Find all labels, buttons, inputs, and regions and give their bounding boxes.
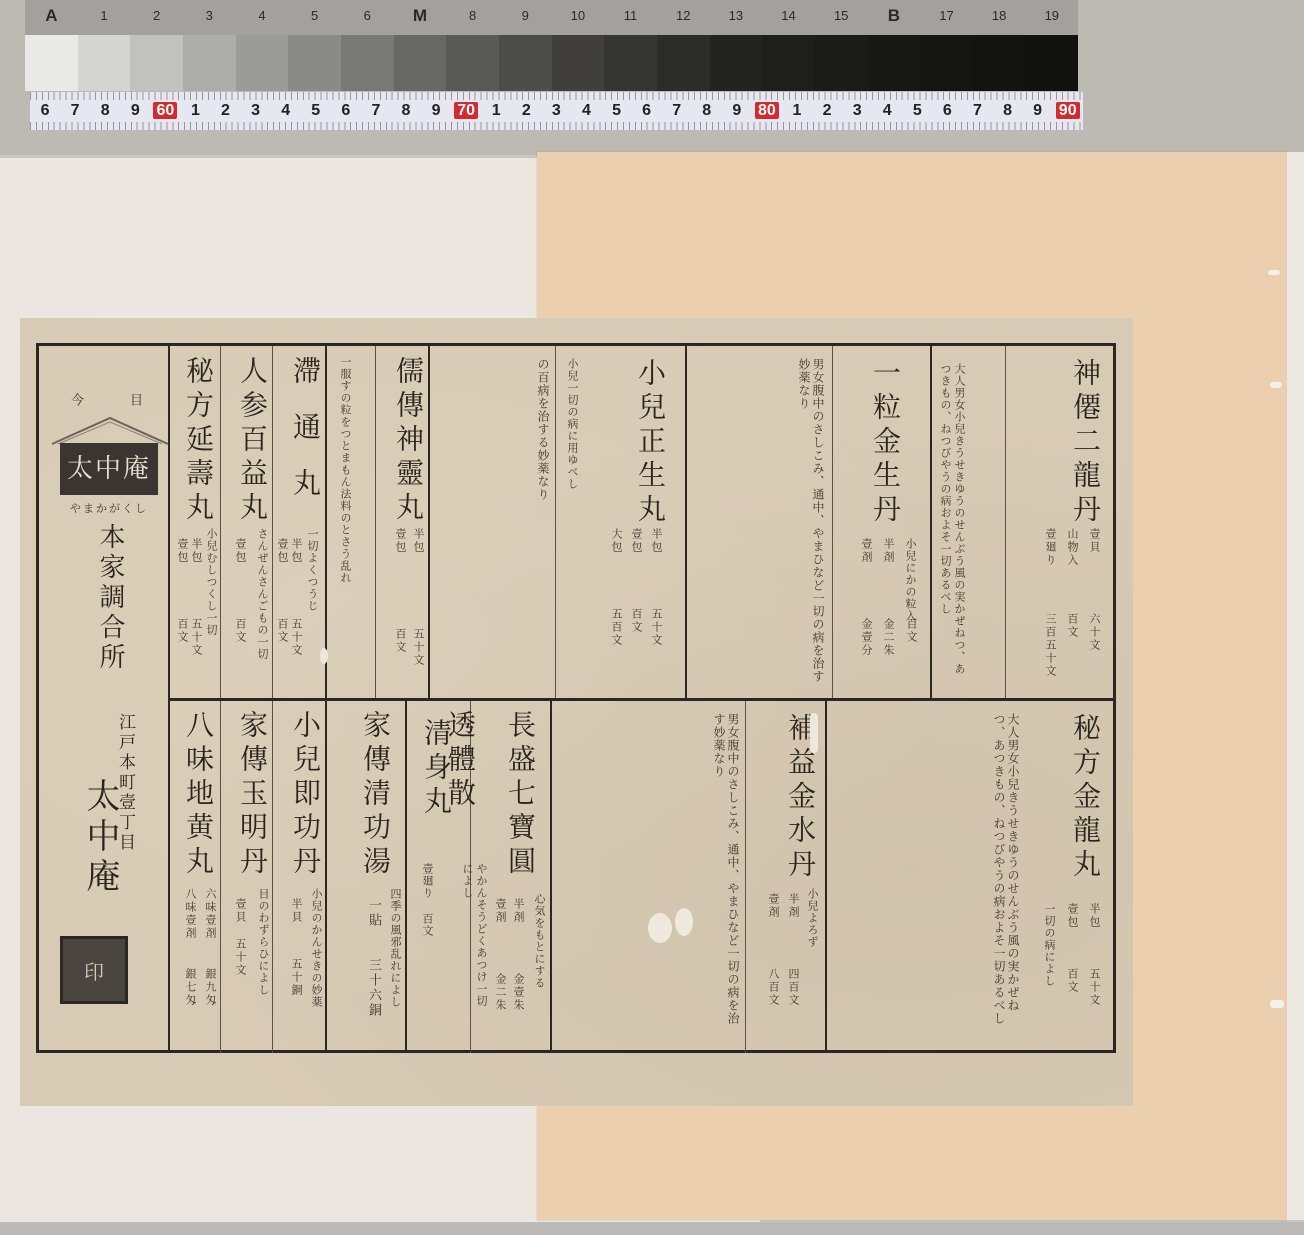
product-price: 金二朱	[880, 618, 896, 657]
header-panel-divider	[168, 343, 170, 1053]
product-price: 三百五十文	[1042, 613, 1058, 678]
gray-label: 3	[183, 0, 236, 35]
product-size: 半剤	[880, 538, 896, 564]
product-size: 壹貝	[1086, 528, 1102, 554]
product-size: 半包	[188, 538, 204, 564]
product-size: 壹剤	[492, 898, 508, 924]
product-description: 大人男女小兒きうせきゆうのせんぶう風の実かぜねつ、あつきもの、ねつびやうの病およ…	[840, 713, 1020, 1033]
product-title: 家傳玉明丹	[232, 710, 272, 880]
ruler-number: 9	[421, 100, 451, 122]
gray-label: 18	[973, 0, 1026, 35]
paper-damage	[810, 713, 818, 753]
gray-patch	[183, 35, 236, 91]
product-description: 一服すの粒をつとまもん法料のとさう乱れ	[338, 356, 352, 676]
column-divider	[930, 346, 932, 698]
gray-label: 17	[920, 0, 973, 35]
product-price: 八百文	[765, 968, 781, 1007]
gray-label: 1	[78, 0, 131, 35]
product-size: 六味壹剤	[202, 888, 218, 940]
column-divider	[550, 701, 552, 1053]
corner-mark-right: 目	[127, 393, 141, 407]
gray-patch	[499, 35, 552, 91]
gray-patch	[1025, 35, 1078, 91]
product-price: 三十六銅	[364, 958, 383, 1018]
column-divider	[555, 346, 556, 698]
product-price: 五十文	[288, 618, 304, 657]
ruler-number: 5	[601, 100, 631, 122]
product-title: 神僊二龍丹	[1065, 358, 1105, 528]
product-price: 百文	[174, 618, 190, 644]
ruler-number: 3	[541, 100, 571, 122]
ruler-number: 8	[692, 100, 722, 122]
ruler-number: 2	[210, 100, 240, 122]
product-price: 金壹朱	[510, 973, 526, 1012]
product-title: 小兒正生丸	[630, 358, 670, 528]
product-price: 五十文	[1086, 968, 1102, 1007]
ruler-number: 7	[962, 100, 992, 122]
gray-patch	[288, 35, 341, 91]
shop-sign: 太中庵	[60, 443, 158, 495]
ruler-number: 6	[331, 100, 361, 122]
product-price: 五十銅	[288, 958, 304, 997]
product-size: 一貼	[364, 898, 383, 928]
ruler-number: 4	[271, 100, 301, 122]
gray-label: 8	[446, 0, 499, 35]
gray-patch	[815, 35, 868, 91]
product-description: 一切よくつうじ	[305, 528, 319, 612]
product-size: 壹包	[174, 538, 190, 564]
product-size: 半包	[648, 528, 664, 554]
ruler-number: 70	[451, 100, 481, 122]
gray-label: 10	[552, 0, 605, 35]
product-title: 秘方金龍丸	[1065, 713, 1105, 883]
product-description: 小兒一切の病に用ゆべし	[565, 358, 579, 688]
gray-patch	[920, 35, 973, 91]
product-price: 金壹分	[858, 618, 874, 657]
product-price: 五十文	[648, 608, 664, 647]
product-description: 心気をもとにする	[532, 893, 546, 989]
measuring-ruler: 678960123456789701234567898012345678990	[30, 91, 1083, 130]
product-size: 壹剤	[858, 538, 874, 564]
column-divider	[325, 701, 327, 1053]
ruler-number: 4	[872, 100, 902, 122]
ruler-number: 7	[662, 100, 692, 122]
product-size: 壹剤	[765, 893, 781, 919]
product-price: 銀七匁	[182, 968, 198, 1007]
gray-label: 9	[499, 0, 552, 35]
product-title: 家傳清功湯	[355, 710, 395, 880]
ruler-ticks	[30, 92, 1083, 100]
ruler-number: 5	[301, 100, 331, 122]
gray-label: 19	[1025, 0, 1078, 35]
gray-patch	[710, 35, 763, 91]
product-size: 半剤	[510, 898, 526, 924]
ruler-number: 2	[812, 100, 842, 122]
ruler-number: 1	[782, 100, 812, 122]
scanner-background-bottom	[0, 1222, 1304, 1235]
product-price: 五十文	[232, 938, 248, 977]
product-price: 百文	[392, 628, 408, 654]
column-divider	[405, 701, 407, 1053]
product-price: 百文	[274, 618, 290, 644]
gray-label: 11	[604, 0, 657, 35]
ruler-number: 6	[632, 100, 662, 122]
column-divider	[325, 346, 327, 698]
product-price: 六十文	[1086, 613, 1102, 652]
roof-icon	[50, 416, 170, 446]
gray-label: 5	[288, 0, 341, 35]
product-title: 清身丸	[416, 718, 456, 820]
column-divider	[1005, 346, 1006, 698]
product-title: 一粒金生丹	[865, 358, 905, 528]
gray-patches	[25, 35, 1078, 91]
product-description: 目のわずらひによし	[256, 888, 270, 996]
ruler-number: 1	[481, 100, 511, 122]
product-title: 長盛七寶圓	[500, 710, 540, 880]
seal-stamp: 印	[60, 936, 128, 1004]
gray-patch	[78, 35, 131, 91]
product-price: 百文	[628, 608, 644, 634]
product-description: 壹廻り 百文	[420, 863, 434, 937]
ruler-number: 3	[241, 100, 271, 122]
mount-notch	[1270, 1000, 1284, 1008]
column-divider	[220, 701, 221, 1053]
gray-patch	[657, 35, 710, 91]
gray-patch	[604, 35, 657, 91]
ruler-number: 80	[752, 100, 782, 122]
main-label: 本家調合所	[92, 523, 129, 673]
product-description: 小兒むしつくし一切	[204, 528, 218, 636]
product-size: 半貝	[288, 898, 304, 924]
gray-patch	[236, 35, 289, 91]
product-description: 大人男女小兒きうせきゆうのせんぶう風の実かぜねつ、あつきもの、ねつびやうの病およ…	[938, 363, 966, 683]
product-description: 小兒よろず	[805, 888, 819, 948]
product-description: の百病を治する妙薬なり	[440, 358, 550, 688]
gray-label: B	[868, 0, 921, 35]
product-title: 人参百益丸	[232, 356, 272, 526]
gray-label: 4	[236, 0, 289, 35]
column-divider	[685, 346, 687, 698]
ruler-number: 4	[571, 100, 601, 122]
product-price: 百文	[903, 618, 919, 644]
product-size: 壹包	[1064, 903, 1080, 929]
product-description: 四季の風邪乱れによし	[388, 888, 402, 1038]
product-size: 壹包	[232, 538, 248, 564]
row-divider	[168, 698, 1116, 701]
product-title: 秘方延壽丸	[178, 356, 218, 526]
column-divider	[428, 346, 430, 698]
column-divider	[272, 346, 273, 698]
product-description: 男女腹中のさしこみ、通中、やまひなど一切の病を治す妙薬なり	[700, 358, 825, 688]
gray-label: 13	[710, 0, 763, 35]
product-price: 五十文	[188, 618, 204, 657]
product-size: 壹貝	[232, 898, 248, 924]
shop-subtitle: やまかがくし	[60, 500, 158, 516]
ruler-number: 9	[1023, 100, 1053, 122]
product-title: 滯通丸	[285, 356, 325, 524]
ruler-number: 9	[120, 100, 150, 122]
product-price: 五百文	[608, 608, 624, 647]
gray-patch	[25, 35, 78, 91]
product-price: 百文	[1064, 968, 1080, 994]
product-price: 百文	[1064, 613, 1080, 639]
product-size: 山物入	[1064, 528, 1080, 567]
ruler-number: 2	[511, 100, 541, 122]
product-description: やかんそうどくあつけ一切によし	[460, 863, 488, 1013]
paper-damage	[648, 913, 672, 943]
gray-patch	[552, 35, 605, 91]
column-divider	[272, 701, 273, 1053]
column-divider	[825, 701, 827, 1053]
ruler-number: 6	[932, 100, 962, 122]
product-title: 儒傳神靈丸	[388, 356, 428, 526]
ruler-number: 6	[30, 100, 60, 122]
product-description: さんぜんさんごもの一切	[255, 528, 269, 660]
product-size: 壹包	[628, 528, 644, 554]
ruler-number: 8	[993, 100, 1023, 122]
ruler-number: 8	[90, 100, 120, 122]
product-size: 半包	[288, 538, 304, 564]
ruler-number: 90	[1053, 100, 1083, 122]
gray-patch	[446, 35, 499, 91]
product-price: 百文	[232, 618, 248, 644]
column-divider	[220, 346, 221, 698]
woodblock-advertisement-sheet: 目 今 太中庵 やまかがくし 本家調合所 江戸本町壹丁目 太中庵 製 印 神僊二…	[20, 318, 1133, 1106]
gray-label: A	[25, 0, 78, 35]
product-title: 八味地黄丸	[178, 710, 218, 880]
ruler-number: 7	[60, 100, 90, 122]
gray-scale-labels: A 1 2 3 4 5 6 M 8 9 10 11 12 13 14 15 B …	[25, 0, 1078, 35]
gray-patch	[130, 35, 183, 91]
mount-notch	[1268, 270, 1280, 275]
gray-label: 2	[130, 0, 183, 35]
product-size: 壹包	[274, 538, 290, 564]
ruler-number: 7	[361, 100, 391, 122]
product-description: 小兒にかの粒入	[903, 538, 917, 622]
product-size: 壹包	[392, 528, 408, 554]
color-calibration-target: A 1 2 3 4 5 6 M 8 9 10 11 12 13 14 15 B …	[25, 0, 1078, 130]
product-price: 五十文	[410, 628, 426, 667]
paper-damage	[320, 648, 328, 664]
scanner-background-right	[1287, 152, 1304, 1220]
product-description: 小兒のかんせきの妙薬	[309, 888, 323, 1008]
gray-patch	[394, 35, 447, 91]
paper-damage	[675, 908, 693, 936]
product-size: 半包	[410, 528, 426, 554]
product-size: 大包	[608, 528, 624, 554]
product-price: 金二朱	[492, 973, 508, 1012]
product-price: 銀九匁	[202, 968, 218, 1007]
product-title: 小兒即功丹	[285, 710, 325, 880]
column-divider	[745, 701, 746, 1053]
gray-label: 14	[762, 0, 815, 35]
product-size: 壹廻り	[1042, 528, 1058, 567]
corner-mark-left: 今	[68, 393, 82, 407]
gray-label: 15	[815, 0, 868, 35]
column-divider	[832, 346, 833, 698]
gray-label: M	[394, 0, 447, 35]
gray-label: 12	[657, 0, 710, 35]
product-description: 一切の病によし	[1042, 903, 1056, 987]
gray-patch	[341, 35, 394, 91]
column-divider	[375, 346, 376, 698]
product-size: 八味壹剤	[182, 888, 198, 940]
gray-patch	[973, 35, 1026, 91]
ruler-number: 8	[391, 100, 421, 122]
product-size: 半剤	[785, 893, 801, 919]
ruler-numbers: 678960123456789701234567898012345678990	[30, 100, 1083, 122]
ruler-ticks	[30, 122, 1083, 130]
gray-patch	[762, 35, 815, 91]
ruler-number: 9	[722, 100, 752, 122]
ruler-number: 3	[842, 100, 872, 122]
ruler-number: 5	[902, 100, 932, 122]
gray-patch	[868, 35, 921, 91]
ruler-number: 60	[150, 100, 180, 122]
product-price: 四百文	[785, 968, 801, 1007]
mount-notch	[1270, 382, 1282, 388]
gray-label: 6	[341, 0, 394, 35]
product-description: 男女腹中のさしこみ、通中、やまひなど一切の病を治す妙薬なり	[560, 713, 740, 1033]
product-size: 半包	[1086, 903, 1102, 929]
ruler-number: 1	[180, 100, 210, 122]
